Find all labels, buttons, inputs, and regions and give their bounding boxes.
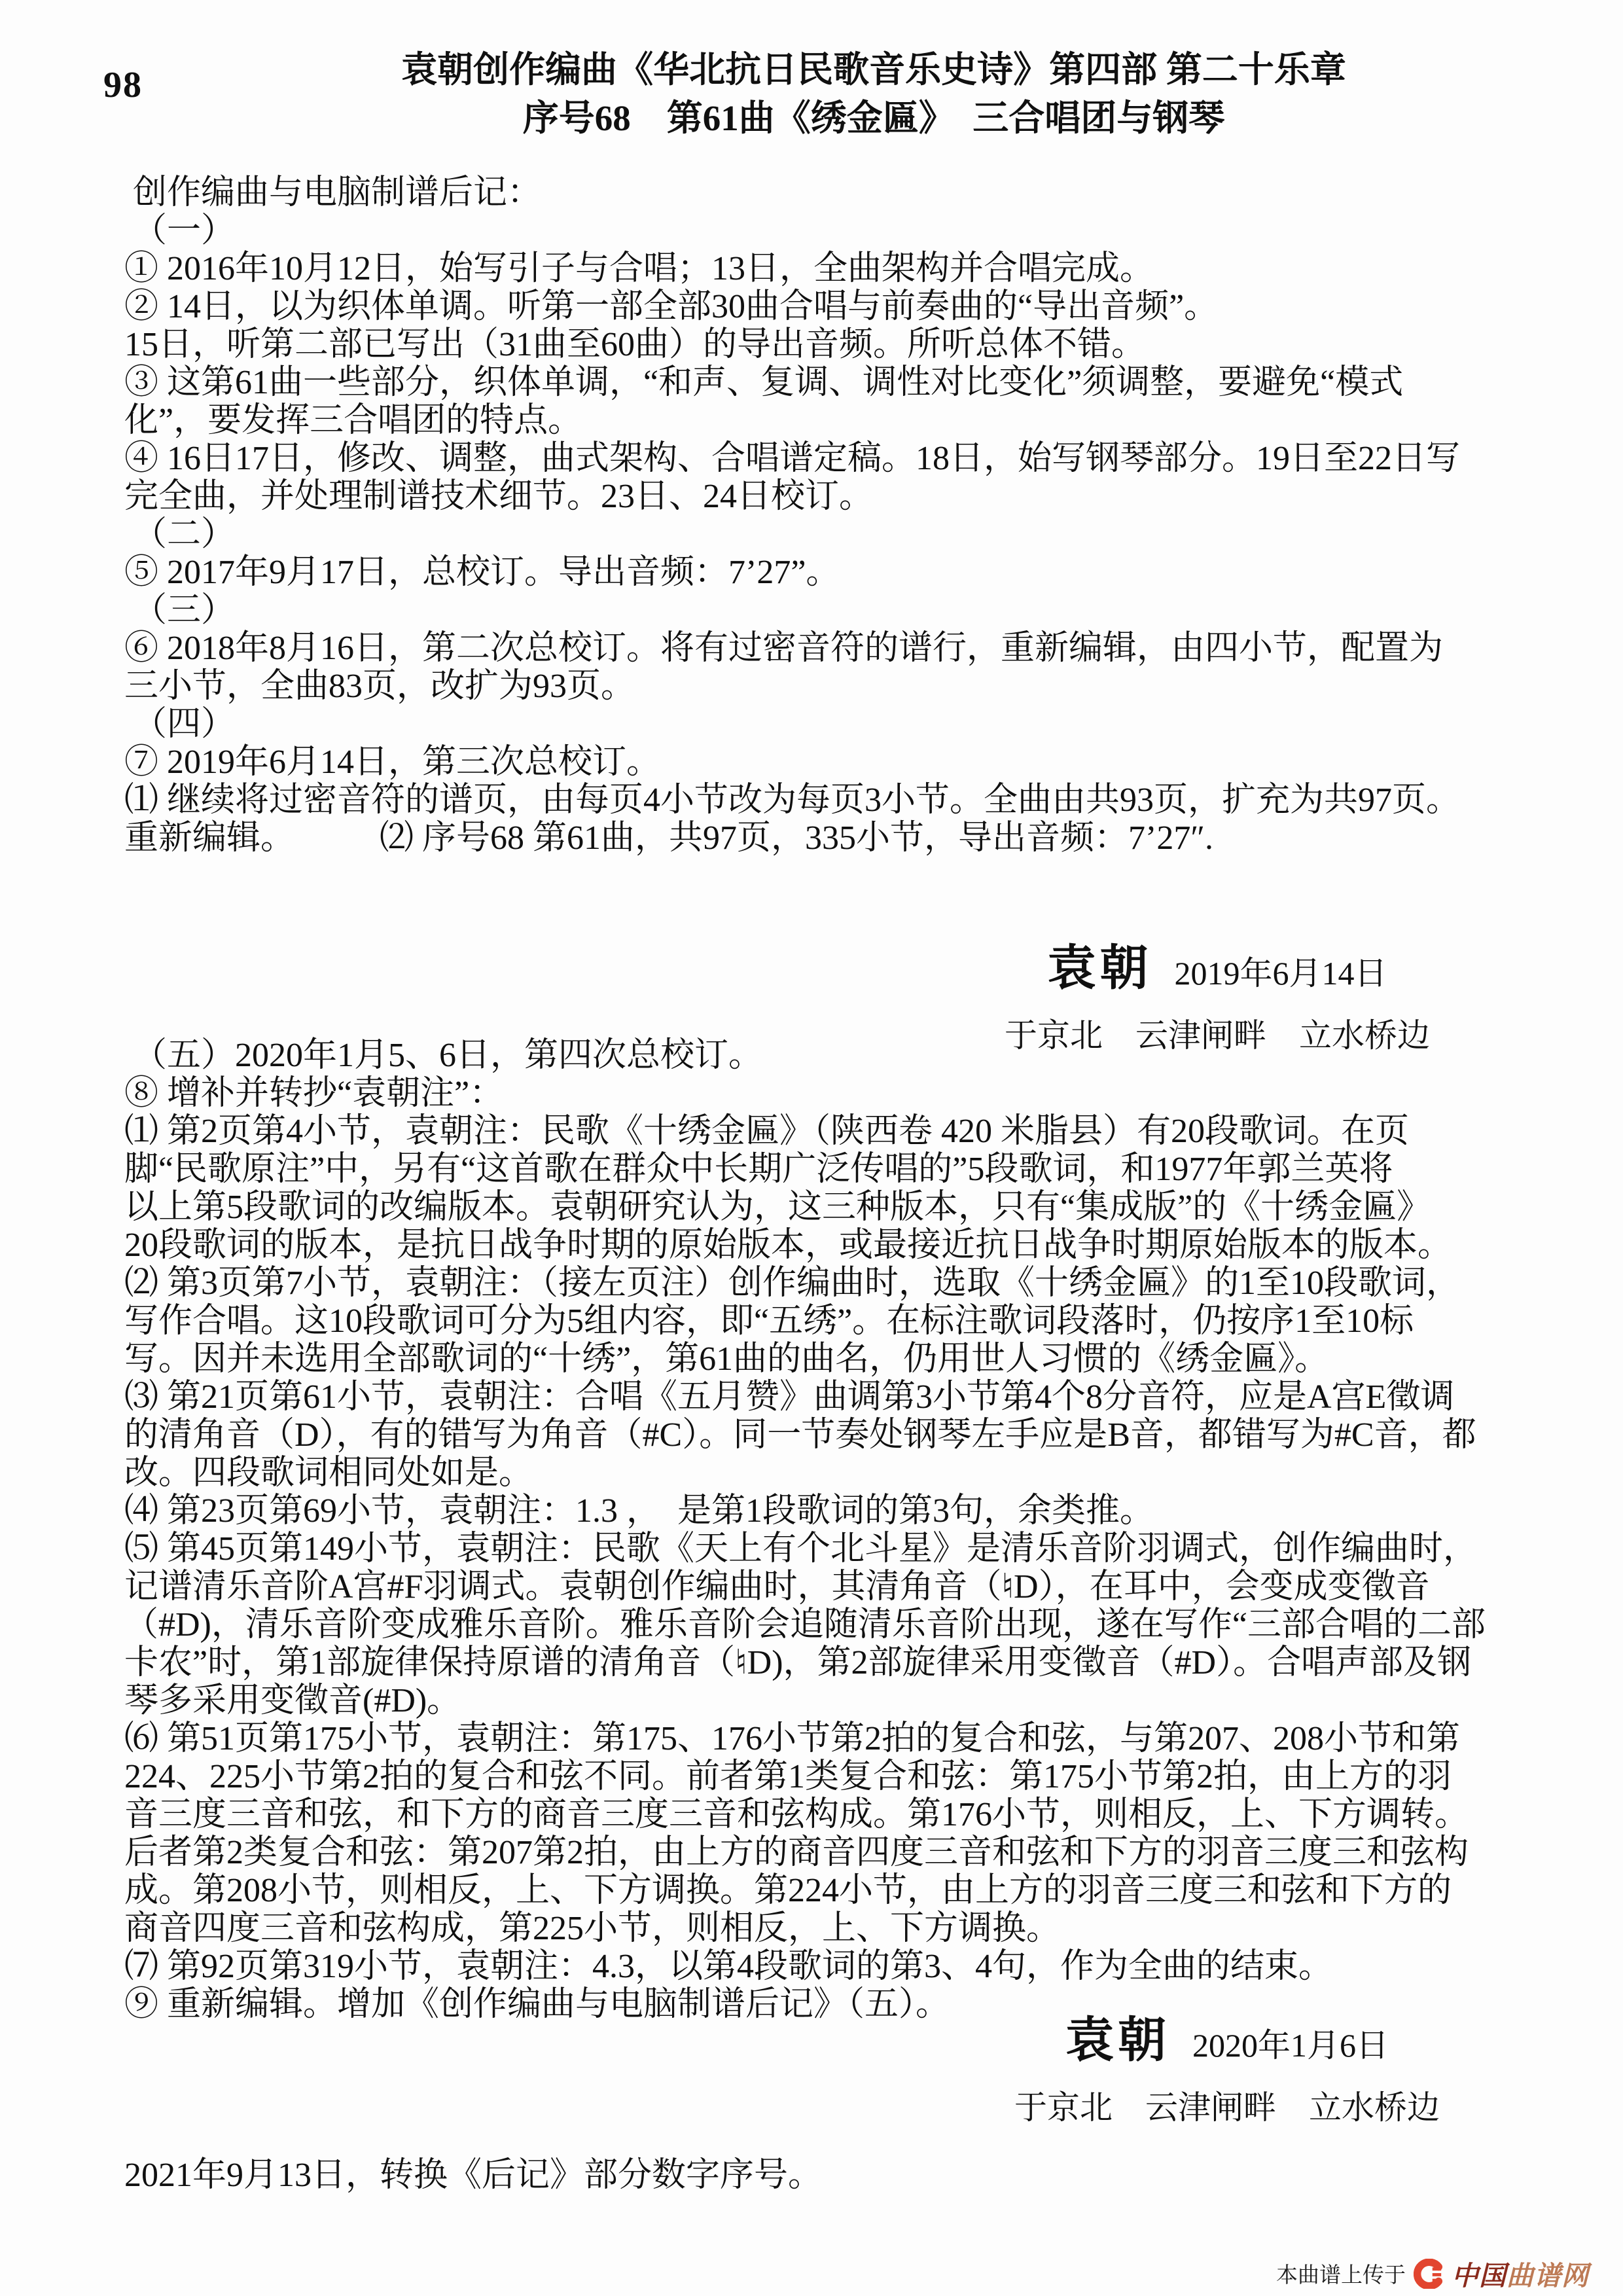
text-line: ⑸ 第45页第149小节，袁朝注：民歌《天上有个北斗星》是清乐音阶羽调式，创作编… [124,1530,1538,1568]
text-line: ⑦ 2019年6月14日，第三次总校订。 [124,744,1538,781]
text-line: ⑵ 第3页第7小节，袁朝注：（接左页注）创作编曲时，选取《十绣金匾》的1至10段… [124,1265,1538,1302]
signature-line: 袁朝 2019年6月14日 [975,929,1459,999]
text-line: （五）2020年1月5、6日，第四次总校订。 [124,1037,1538,1075]
signature-block-2: 袁朝 2020年1月6日 于京北 云津闸畔 立水桥边 [985,2001,1469,2128]
text-line: ③ 这第61曲一些部分，织体单调，“和声、复调、调性对比变化”须调整，要避免“模… [124,364,1538,402]
text-line: ⑴ 继续将过密音符的谱页，由每页4小节改为每页3小节。全曲由共93页，扩充为共9… [124,781,1538,819]
text-line: 后者第2类复合和弦：第207第2拍，由上方的商音四度三音和弦和下方的羽音三度三和… [124,1834,1538,1872]
text-line: 琴多采用变徵音(#D)。 [124,1682,1538,1720]
text-line: 20段歌词的版本，是抗日战争时期的原始版本，或最接近抗日战争时期原始版本的版本。 [124,1227,1538,1265]
signature-date: 2019年6月14日 [1175,947,1387,994]
site-name-part2: 曲谱网 [1507,2261,1589,2291]
page-header: 袁朝创作编曲《华北抗日民歌音乐史诗》第四部 第二十乐章 序号68 第61曲《绣金… [151,46,1597,143]
text-line: 卡农”时，第1部旋律保持原谱的清角音（♮D)，第2部旋律采用变徵音（#D）。合唱… [124,1644,1538,1682]
text-line: 重新编辑。 ⑵ 序号68 第61曲，共97页，335小节，导出音频：7’27″. [124,819,1538,857]
header-title-line1: 袁朝创作编曲《华北抗日民歌音乐史诗》第四部 第二十乐章 [151,46,1597,94]
text-line: ⑤ 2017年9月17日，总校订。导出音频：7’27”。 [124,554,1538,592]
signature-place: 于京北 云津闸畔 立水桥边 [985,2081,1469,2128]
site-name: 中国曲谱网 [1452,2254,1589,2293]
footer-uploaded-text: 本曲谱上传于 [1276,2258,1406,2289]
signature-line: 袁朝 2020年1月6日 [985,2001,1469,2071]
text-line: 的清角音（D），有的错写为角音（#C）。同一节奏处钢琴左手应是B音，都错写为#C… [124,1416,1538,1454]
header-title-line2: 序号68 第61曲《绣金匾》 三合唱团与钢琴 [151,94,1597,143]
site-name-part1: 中国 [1452,2261,1507,2291]
signature-name: 袁朝 [1065,2001,1170,2071]
signature-name: 袁朝 [1048,929,1152,999]
text-line: ④ 16日17日，修改、调整，曲式架构、合唱谱定稿。18日，始写钢琴部分。19日… [124,440,1538,478]
postscript-section-2: （五）2020年1月5、6日，第四次总校订。⑧ 增补并转抄“袁朝注”：⑴ 第2页… [124,1037,1538,2024]
site-logo-icon [1414,2259,1444,2289]
text-line: ⑶ 第21页第61小节，袁朝注：合唱《五月赞》曲调第3小节第4个8分音符，应是A… [124,1378,1538,1416]
text-line: （一） [124,212,1538,250]
final-note: 2021年9月13日，转换《后记》部分数字序号。 [124,2147,822,2196]
text-line: （三） [124,592,1538,630]
text-line: ① 2016年10月12日，始写引子与合唱；13日，全曲架构并合唱完成。 [124,250,1538,288]
text-line: 成。第208小节，则相反，上、下方调换。第224小节，由上方的羽音三度三和弦和下… [124,1872,1538,1910]
text-line: ⑺ 第92页第319小节，袁朝注：4.3，以第4段歌词的第3、4句，作为全曲的结… [124,1948,1538,1986]
text-line: 完全曲，并处理制谱技术细节。23日、24日校订。 [124,478,1538,516]
text-line: ⑴ 第2页第4小节，袁朝注：民歌《十绣金匾》（陕西卷 420 米脂县）有20段歌… [124,1113,1538,1151]
text-line: ⑧ 增补并转抄“袁朝注”： [124,1075,1538,1113]
text-line: 脚“民歌原注”中，另有“这首歌在群众中长期广泛传唱的”5段歌词，和1977年郭兰… [124,1151,1538,1189]
text-line: 化”，要发挥三合唱团的特点。 [124,402,1538,440]
text-line: 以上第5段歌词的改编版本。袁朝研究认为，这三种版本，只有“集成版”的《十绣金匾》 [124,1189,1538,1227]
score-postscript-page: 98 袁朝创作编曲《华北抗日民歌音乐史诗》第四部 第二十乐章 序号68 第61曲… [0,0,1623,2296]
text-line: 记谱清乐音阶A宫#F羽调式。袁朝创作编曲时，其清角音（♮D），在耳中，会变成变徵… [124,1568,1538,1606]
text-line: 写作合唱。这10段歌词可分为5组内容，即“五绣”。在标注歌词段落时，仍按序1至1… [124,1302,1538,1340]
text-line: 三小节，全曲83页，改扩为93页。 [124,668,1538,706]
text-line: 224、225小节第2拍的复合和弦不同。前者第1类复合和弦：第175小节第2拍，… [124,1758,1538,1796]
text-line: （二） [124,516,1538,554]
text-line: 写。因并未选用全部歌词的“十绣”，第61曲的曲名，仍用世人习惯的《绣金匾》。 [124,1340,1538,1378]
text-line: （#D)，清乐音阶变成雅乐音阶。雅乐音阶会追随清乐音阶出现，遂在写作“三部合唱的… [124,1606,1538,1644]
text-line: 音三度三音和弦，和下方的商音三度三音和弦构成。第176小节，则相反，上、下方调转… [124,1796,1538,1834]
page-number: 98 [103,64,143,106]
text-line: ⑹ 第51页第175小节，袁朝注：第175、176小节第2拍的复合和弦，与第20… [124,1720,1538,1758]
text-line: 创作编曲与电脑制谱后记： [124,174,1538,212]
text-line: （四） [124,706,1538,744]
text-line: 15日，听第二部已写出（31曲至60曲）的导出音频。所听总体不错。 [124,326,1538,364]
text-line: ⑥ 2018年8月16日，第二次总校订。将有过密音符的谱行，重新编辑，由四小节，… [124,630,1538,668]
text-line: 商音四度三音和弦构成，第225小节，则相反，上、下方调换。 [124,1910,1538,1948]
postscript-section-1: 创作编曲与电脑制谱后记： （一）① 2016年10月12日，始写引子与合唱；13… [124,174,1538,857]
signature-date: 2020年1月6日 [1192,2019,1389,2066]
text-line: ⑷ 第23页第69小节，袁朝注：1.3 ， 是第1段歌词的第3句，余类推。 [124,1492,1538,1530]
text-line: 改。四段歌词相同处如是。 [124,1454,1538,1492]
footer-credit: 本曲谱上传于 中国曲谱网 [1276,2254,1589,2293]
text-line: ② 14日，以为织体单调。听第一部全部30曲合唱与前奏曲的“导出音频”。 [124,288,1538,326]
